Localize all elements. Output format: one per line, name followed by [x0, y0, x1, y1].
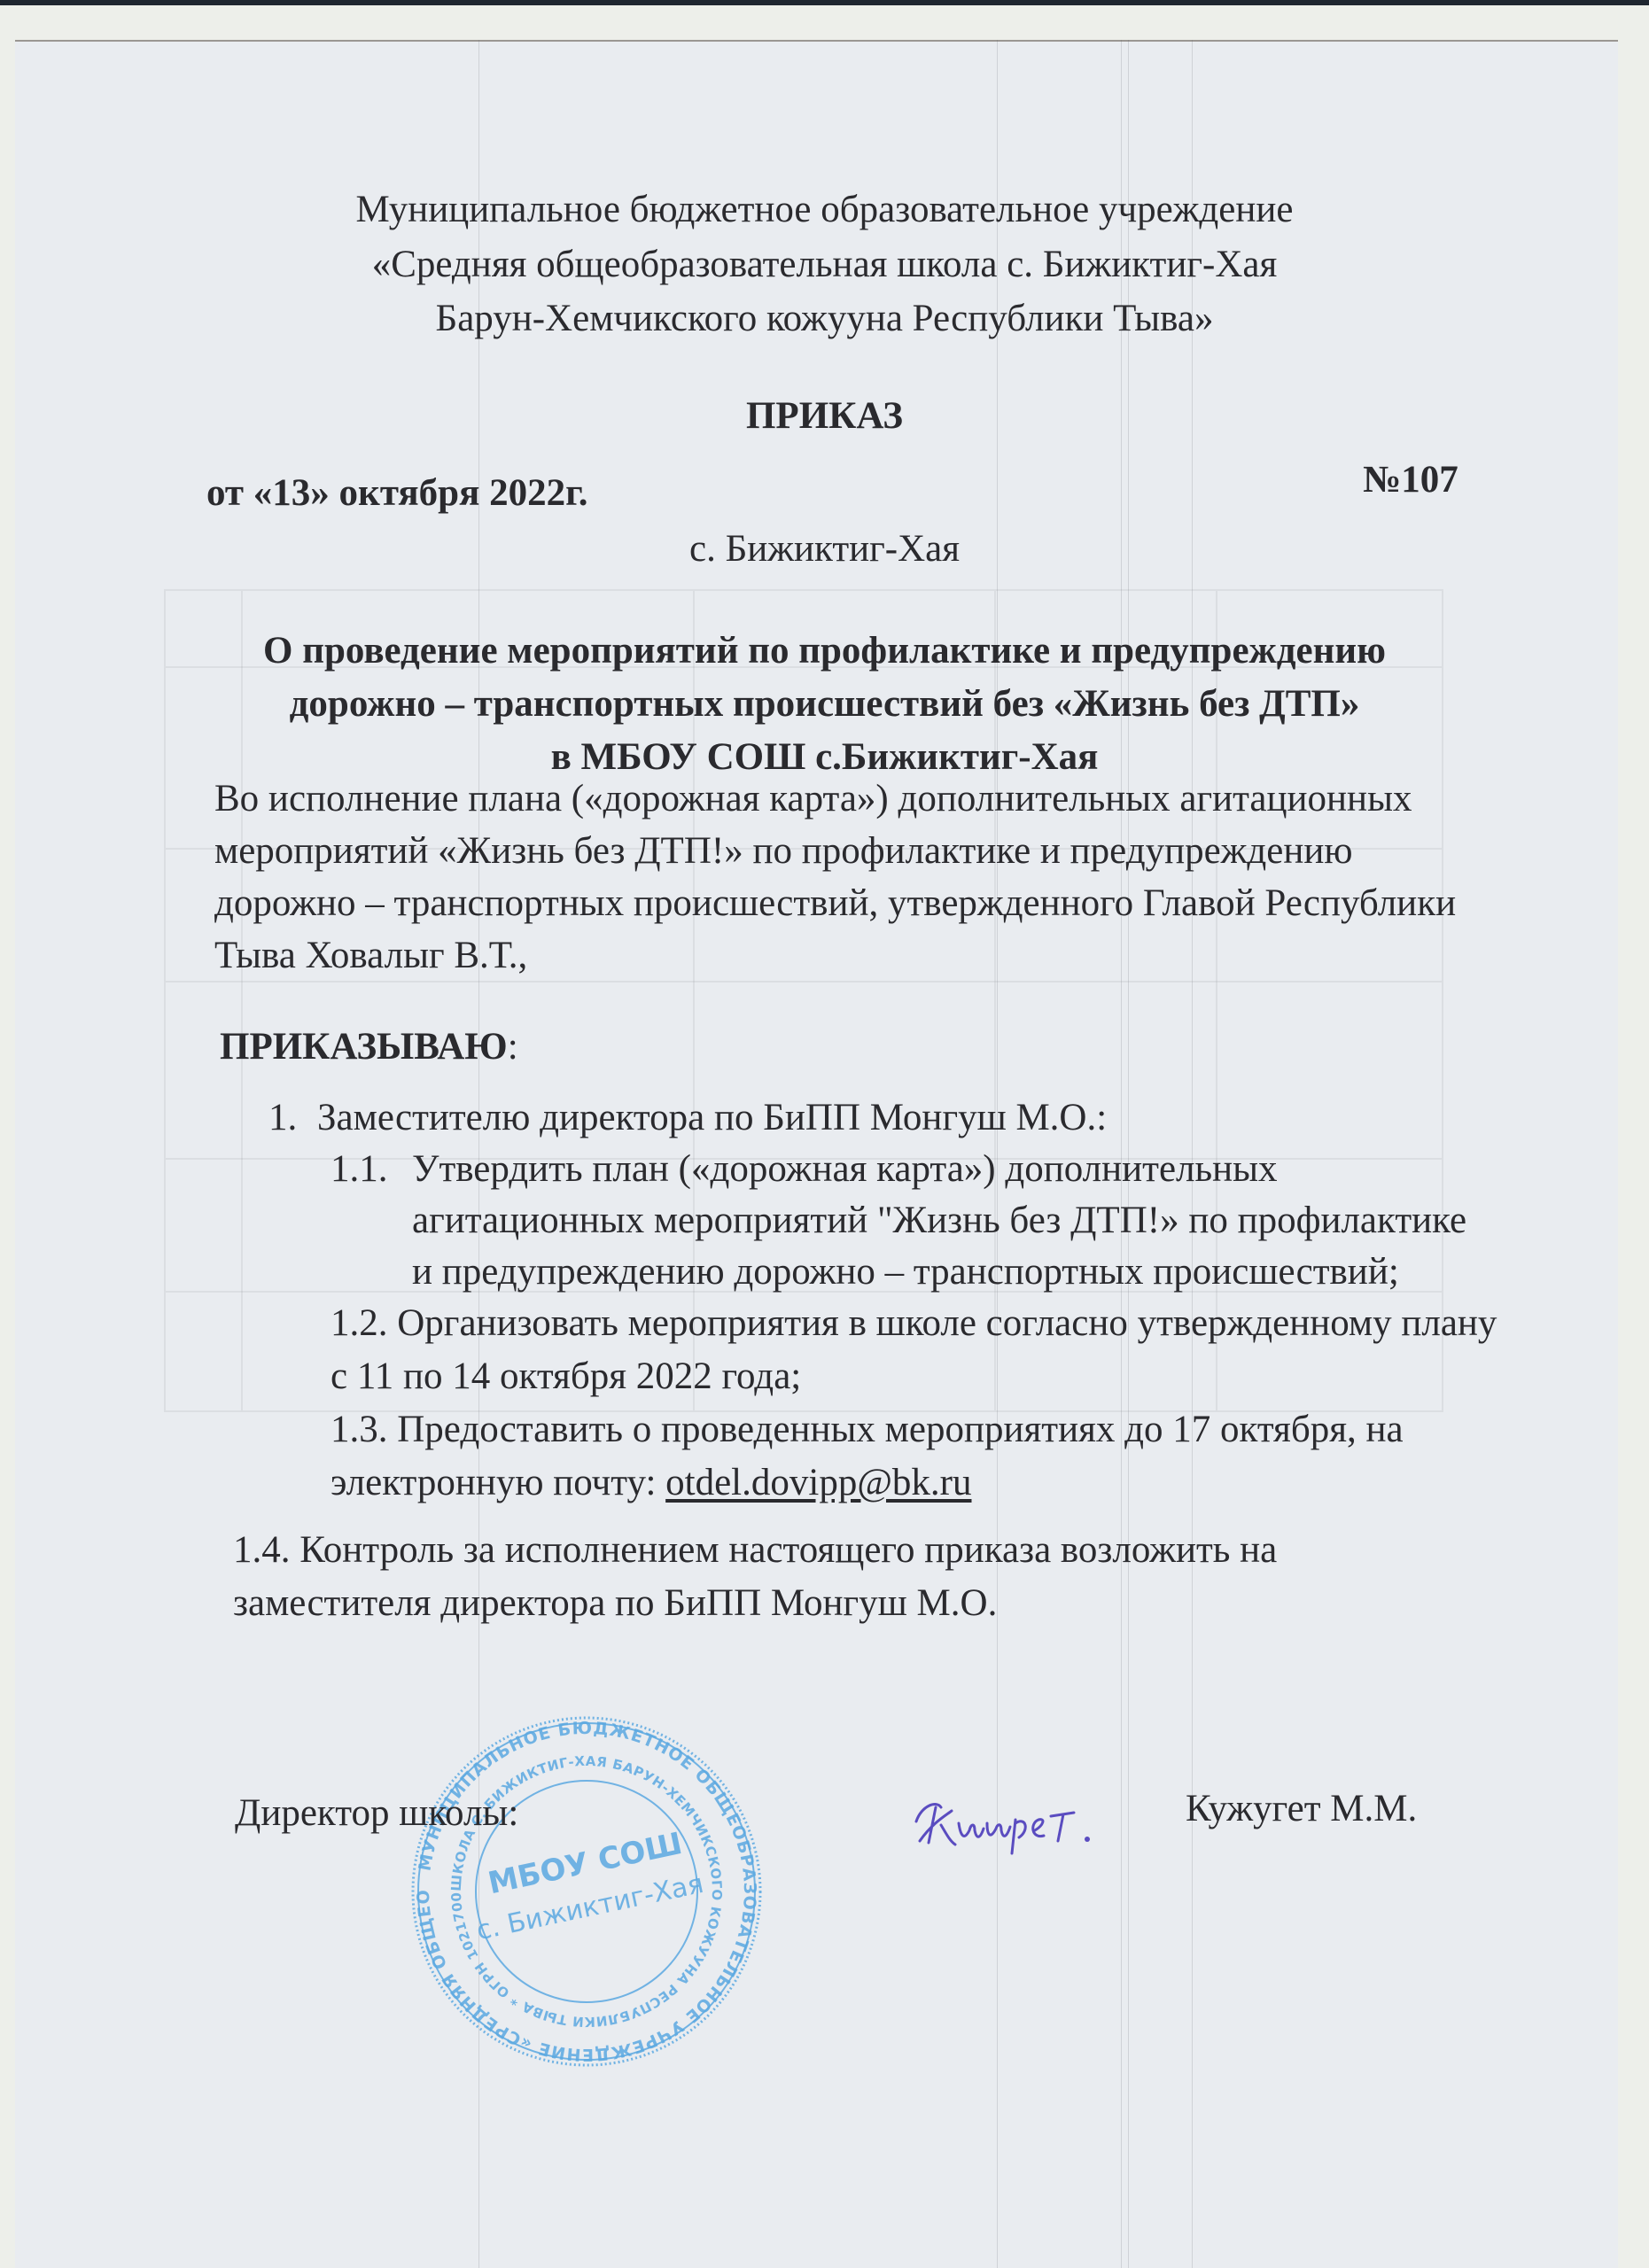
item-1-2-line: 1.2. Организовать мероприятия в школе со…: [331, 1304, 1497, 1342]
preamble-line: дорожно – транспортных происшествий, утв…: [214, 884, 1456, 922]
order-date: от «13» октября 2022г.: [206, 474, 588, 512]
institution-line-1: Муниципальное бюджетное образовательное …: [0, 190, 1649, 229]
order-directive: ПРИКАЗЫВАЮ:: [220, 1028, 518, 1066]
item-1-number: 1.: [268, 1099, 297, 1137]
subject-line-1: О проведение мероприятий по профилактике…: [0, 632, 1649, 670]
item-1-4-line: заместителя директора по БиПП Монгуш М.О…: [233, 1584, 997, 1622]
order-number: №107: [1363, 461, 1458, 499]
handwritten-signature-icon: [906, 1788, 1101, 1859]
email-label: электронную почту:: [331, 1462, 665, 1503]
institution-line-3: Барун-Хемчикского кожууна Республики Тыв…: [0, 299, 1649, 338]
signatory-role: Директор школы:: [235, 1794, 518, 1832]
item-1-3-email-line: электронную почту: otdel.dovipp@bk.ru: [331, 1464, 971, 1502]
order-place: с. Бижиктиг-Хая: [0, 530, 1649, 568]
order-colon: :: [508, 1026, 518, 1068]
item-1-text: Заместителю директора по БиПП Монгуш М.О…: [317, 1099, 1107, 1137]
item-1-2-line: с 11 по 14 октября 2022 года;: [331, 1357, 801, 1395]
item-1-1-line: Утвердить план («дорожная карта») дополн…: [412, 1150, 1278, 1188]
email-link[interactable]: otdel.dovipp@bk.ru: [665, 1462, 971, 1503]
subject-line-3: в МБОУ СОШ с.Бижиктиг-Хая: [0, 738, 1649, 776]
school-stamp-icon: МУНИЦИПАЛЬНОЕ БЮДЖЕТНОЕ ОБЩЕОБРАЗОВАТЕЛЬ…: [409, 1714, 764, 2069]
order-title: ПРИКАЗ: [0, 397, 1649, 435]
preamble-line: Тыва Ховалыг В.Т.,: [214, 936, 527, 975]
item-1-1-line: агитационных мероприятий "Жизнь без ДТП!…: [412, 1201, 1466, 1239]
item-1-4-line: 1.4. Контроль за исполнением настоящего …: [233, 1531, 1277, 1569]
preamble-line: мероприятий «Жизнь без ДТП!» по профилак…: [214, 832, 1353, 870]
item-1-3-line: 1.3. Предоставить о проведенных мероприя…: [331, 1410, 1404, 1449]
preamble-line: Во исполнение плана («дорожная карта») д…: [214, 780, 1412, 818]
order-word: ПРИКАЗЫВАЮ: [220, 1026, 508, 1068]
item-1-1-line: и предупреждению дорожно – транспортных …: [412, 1253, 1399, 1291]
subject-line-2: дорожно – транспортных происшествий без …: [0, 685, 1649, 723]
item-1-1-number: 1.1.: [331, 1150, 388, 1188]
institution-line-2: «Средняя общеобразовательная школа с. Би…: [0, 245, 1649, 283]
signatory-name: Кужугет М.М.: [1186, 1790, 1417, 1828]
